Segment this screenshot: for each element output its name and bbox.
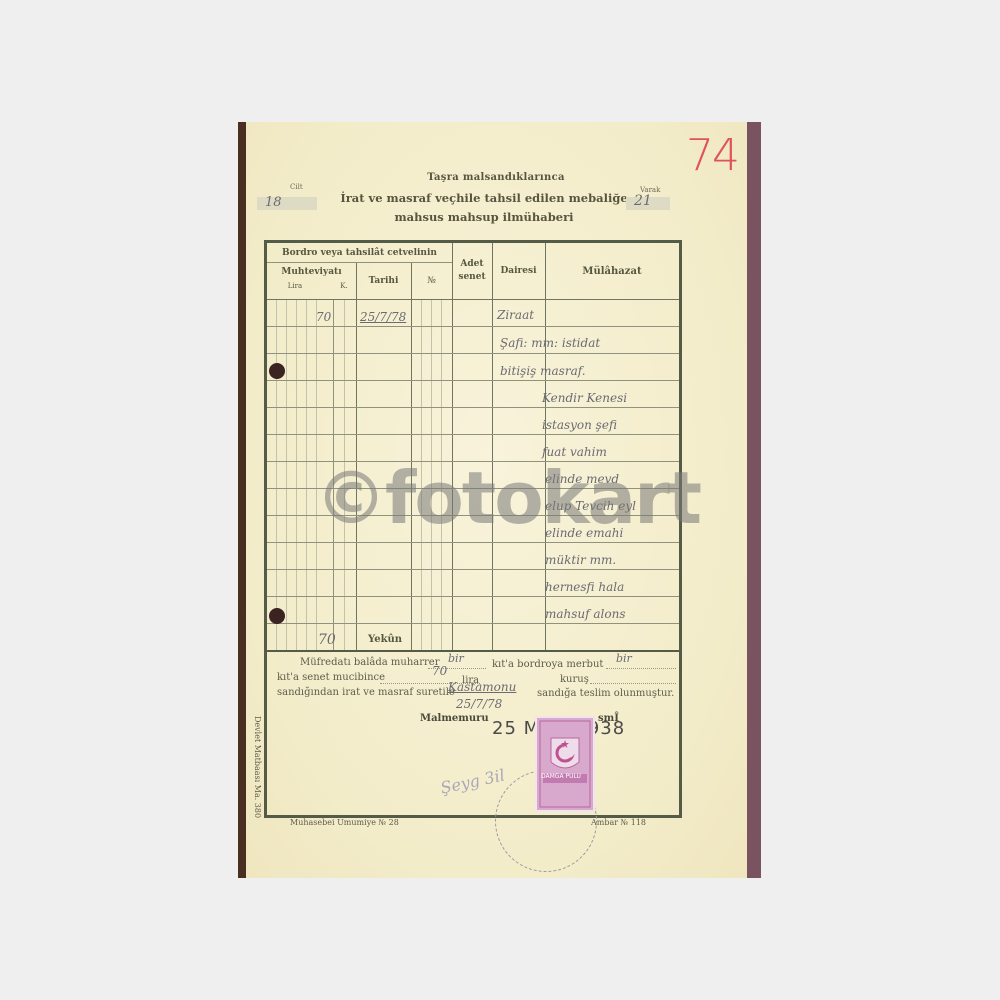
page-number-annotation: 74 (686, 130, 738, 181)
printer-mark: Devlet Matbaası Ma. 380 (253, 716, 262, 818)
row1-tarihi: 25/7/78 (360, 310, 406, 324)
note-line: bitişiş masraf. (500, 364, 586, 378)
header-line-1: Taşra malsandıklarınca (396, 172, 596, 183)
cilt-value: 18 (265, 195, 282, 210)
stamp-label: DAMGA PULU (541, 773, 581, 780)
footer-location: Kastamonu (448, 680, 516, 694)
header-line-3: mahsus mahsup ilmühaberi (334, 210, 634, 224)
punch-hole (269, 608, 285, 624)
footer-line3-suffix: sandığa teslim olunmuştur. (537, 688, 674, 699)
revenue-stamp: DAMGA PULU (535, 716, 595, 812)
footer-line3-prefix: sandığından irat ve masraf suretile (277, 687, 455, 698)
footer-kurus: kuruş (560, 674, 589, 685)
punch-hole (269, 363, 285, 379)
backing-edge (747, 122, 761, 878)
header-numara: № (411, 276, 452, 286)
footer-hand-count2: bir (616, 652, 632, 665)
header-lira: Lira (285, 282, 305, 290)
footer-hand-date: 25/7/78 (456, 697, 502, 711)
header-line-2: İrat ve masraf veçhile tahsil edilen meb… (334, 191, 634, 205)
cilt-label: Cilt (290, 183, 303, 191)
varak-value: 21 (634, 193, 652, 209)
note-line: istasyon şefi (542, 418, 617, 432)
binding-edge (238, 122, 246, 878)
header-mulahazat: Mülâhazat (545, 266, 679, 277)
note-line: Şafi: mm: istidat (500, 336, 600, 350)
header-adet: Adet (452, 259, 492, 269)
muhasebei-label: Muhasebei Umumiye № 28 (290, 818, 399, 827)
row1-dairesi: Ziraat (497, 308, 534, 322)
varak-field: 21 (626, 197, 670, 210)
note-line: müktir mm. (545, 553, 616, 567)
header-tarihi: Tarihi (356, 276, 411, 286)
header-kurus: K. (336, 282, 352, 290)
header-senet: senet (452, 272, 492, 282)
row1-lira: 70 (316, 310, 331, 324)
malmemuru-label: Malmemuru (420, 713, 489, 724)
ambar-label: Ambar № 118 (591, 818, 646, 827)
footer-line1-prefix: Müfredatı balâda muharrer (300, 657, 440, 668)
footer-hand-count1: bir (448, 652, 464, 665)
crescent-star-icon (537, 718, 593, 810)
header-dairesi: Dairesi (492, 266, 545, 276)
footer-line2-prefix: kıt'a senet mucibince (277, 672, 385, 683)
note-line: hernesfi hala (545, 580, 624, 594)
note-line: Kendir Kenesi (542, 391, 627, 405)
note-line: mahsuf alons (545, 607, 626, 621)
footer-amount: 70 (432, 664, 447, 678)
col-divider (452, 243, 453, 650)
footer-line1-mid: kıt'a bordroya merbut (492, 659, 603, 670)
col-divider (492, 243, 493, 650)
cilt-field: 18 (257, 197, 317, 210)
header-muhteviyati: Muhteviyatı (267, 267, 356, 277)
yekun-label: Yekûn (360, 634, 410, 645)
group-header: Bordro veya tahsilât cetvelinin (267, 248, 452, 258)
yekun-value: 70 (318, 632, 336, 648)
watermark: ©fotokart (315, 462, 700, 534)
